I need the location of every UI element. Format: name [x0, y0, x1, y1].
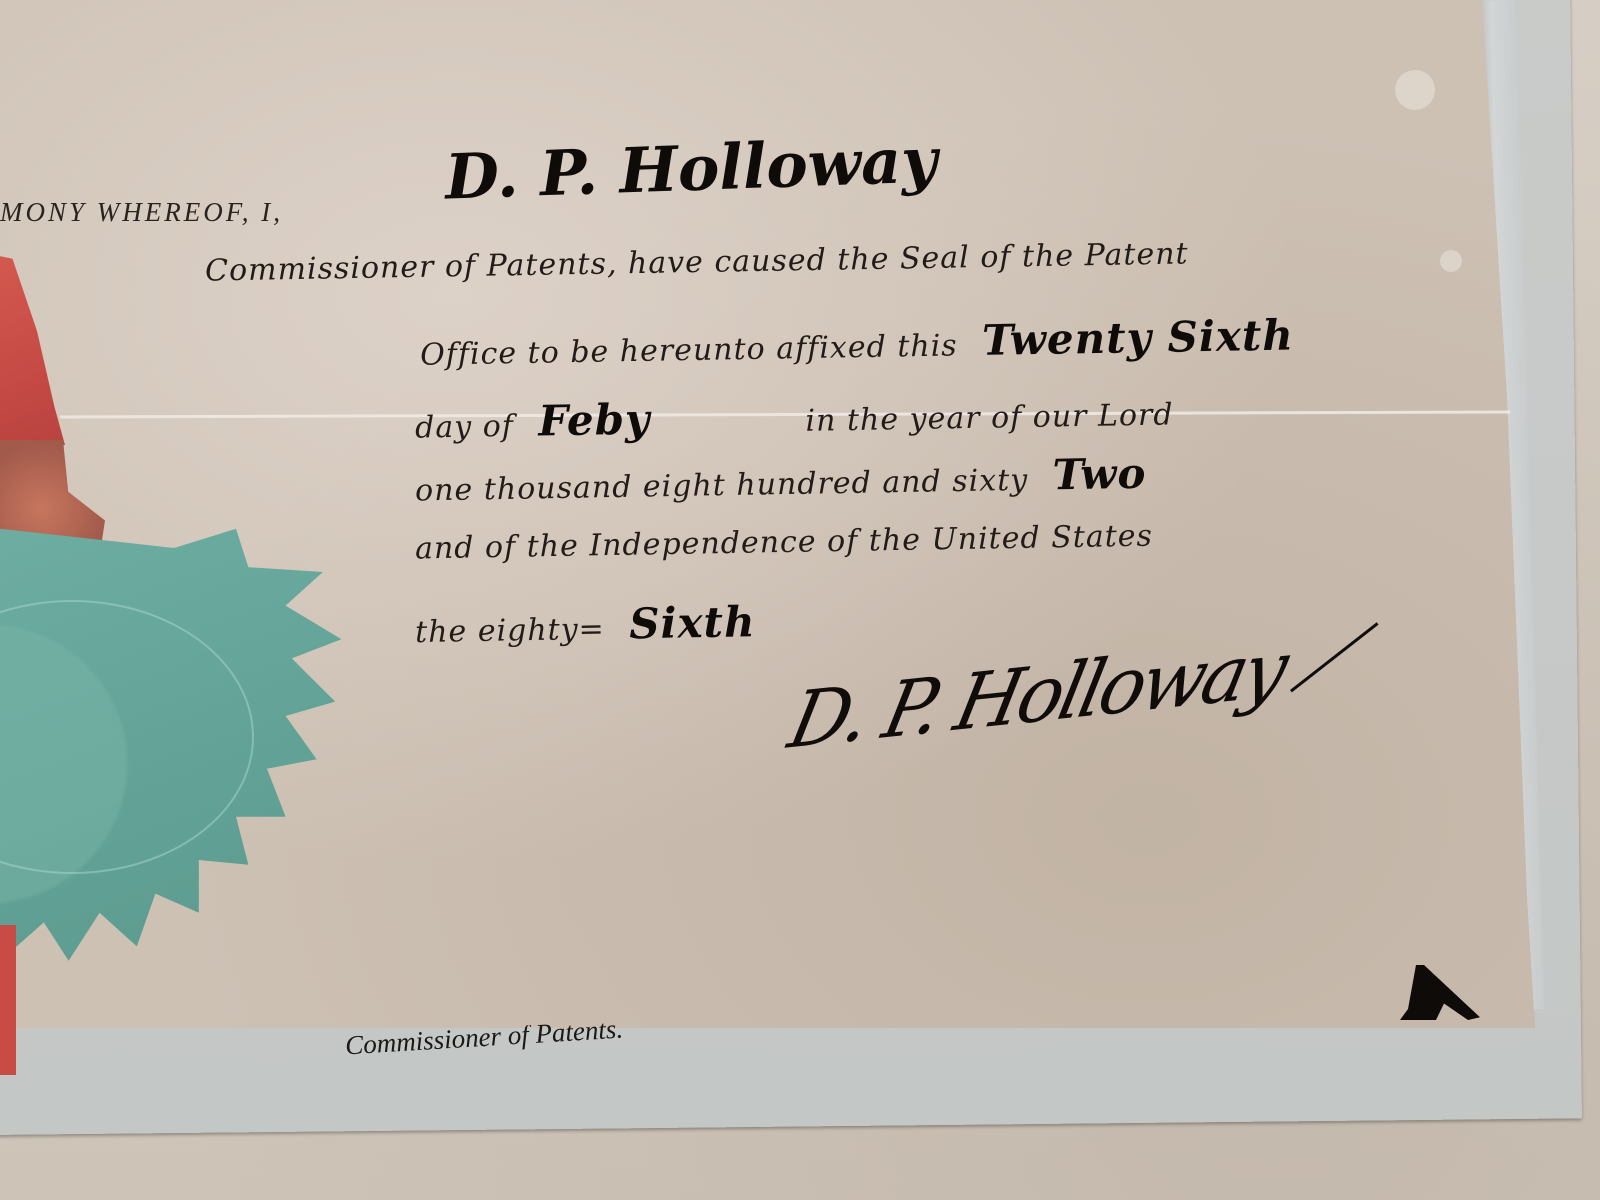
year-handwritten: Two: [1052, 449, 1147, 500]
body-line-6: the eighty= Sixth: [415, 597, 770, 652]
heading-fragment: MONY WHEREOF, I,: [0, 197, 283, 228]
paper-stain: [1440, 250, 1462, 272]
affixed-text: Office to be hereunto affixed this: [420, 328, 958, 372]
month-handwritten: Feby: [538, 395, 651, 446]
eighty-text: the eighty=: [415, 612, 605, 650]
day-of-text: day of: [415, 409, 514, 446]
year-of-lord-text: in the year of our Lord: [805, 397, 1174, 438]
independence-year-handwritten: Sixth: [629, 597, 756, 648]
day-handwritten: Twenty Sixth: [982, 311, 1295, 365]
red-ribbon-bottom: [0, 925, 16, 1075]
paper-stain: [1395, 70, 1435, 110]
